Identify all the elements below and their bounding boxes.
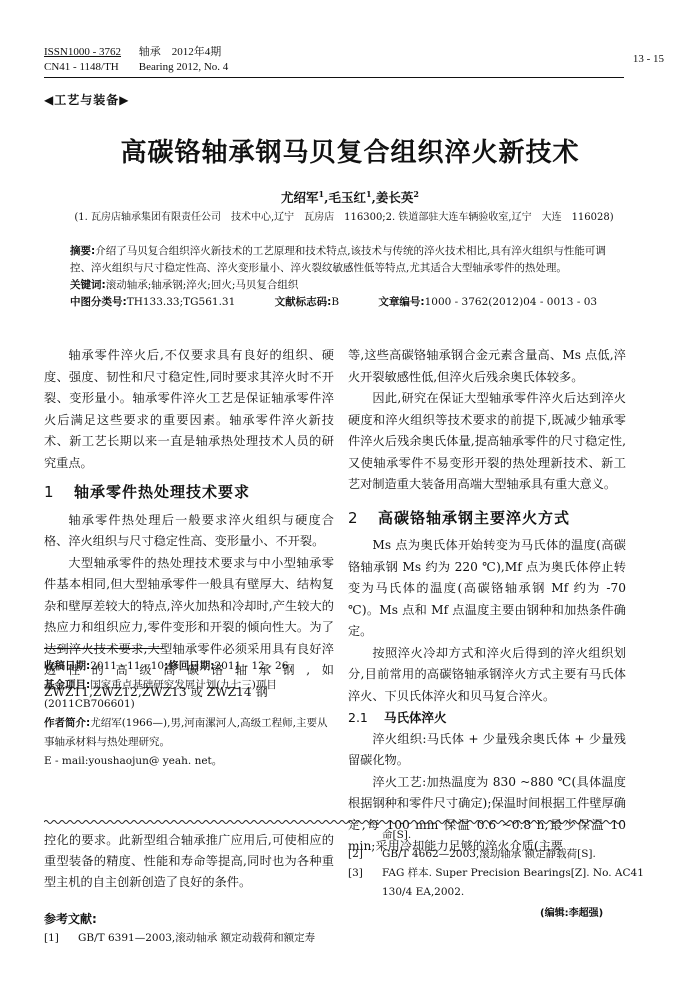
editor-credit: (编辑:李超强) — [540, 904, 603, 919]
affiliation-mark: 1 — [366, 189, 372, 199]
doc-code-label: 文献标志码: — [275, 296, 332, 308]
received-label: 收稿日期: — [44, 660, 90, 672]
paragraph: 等,这些高碳铬轴承钢合金元素含量高、Ms 点低,淬火开裂敏感性低,但淬火后残余奥… — [348, 345, 626, 388]
reference-item: [1]GB/T 6391—2003,滚动轴承 额定动载荷和额定寿 — [44, 929, 344, 948]
section-1-heading: 1轴承零件热处理技术要求 — [44, 482, 334, 504]
revised-label: ;修回日期: — [164, 660, 214, 672]
footnotes: 收稿日期:2011 - 11 - 10;修回日期:2011 - 12 - 26 … — [44, 657, 334, 771]
subsection-number: 2.1 — [348, 707, 384, 729]
doc-code-value: B — [331, 296, 339, 308]
fund: 基金项目:国家重点基础研究发展计划(九七三)项目(2011CB706601) — [44, 676, 334, 714]
reference-text: GB/T 6391—2003,滚动轴承 额定动载荷和额定寿 — [78, 932, 315, 944]
references-right: 命[S]. [2]GB/T 4662—2003,滚动轴承 额定静载荷[S]. [… — [348, 826, 628, 902]
reference-index: [3] — [348, 864, 382, 883]
dates: 收稿日期:2011 - 11 - 10;修回日期:2011 - 12 - 26 — [44, 657, 334, 676]
page-break-wavy-line — [44, 819, 626, 825]
clc-label: 中图分类号: — [70, 296, 127, 308]
classification-row: 中图分类号:TH133.33;TG561.31 文献标志码:B 文章编号:100… — [70, 294, 610, 311]
right-column: 等,这些高碳铬轴承钢合金元素含量高、Ms 点低,淬火开裂敏感性低,但淬火后残余奥… — [348, 345, 626, 858]
intro-paragraph: 轴承零件淬火后,不仅要求具有良好的组织、硬度、强度、韧性和尺寸稳定性,同时要求其… — [44, 345, 334, 474]
reference-index: [1] — [44, 929, 78, 948]
affiliations: (1. 瓦房店轴承集团有限责任公司 技术中心,辽宁 瓦房店 116300;2. … — [44, 208, 644, 223]
affiliation-mark: 2 — [413, 189, 419, 199]
affiliation-mark: 1 — [319, 189, 325, 199]
reference-item: [2]GB/T 4662—2003,滚动轴承 额定静载荷[S]. — [348, 845, 628, 864]
article-no-label: 文章编号: — [378, 296, 424, 308]
cn-number: CN41 - 1148/TH — [44, 60, 136, 75]
received-date: 2011 - 11 - 10 — [90, 660, 164, 672]
page-range: 13 - 15 — [633, 52, 664, 67]
reference-item: [3]FAG 样本. Super Precision Bearings[Z]. … — [348, 864, 628, 883]
article-title: 高碳铬轴承钢马贝复合组织淬火新技术 — [0, 132, 700, 169]
reference-continuation: 130/4 EA,2002. — [348, 883, 628, 902]
reference-continuation: 命[S]. — [348, 826, 628, 845]
journal-name-en: Bearing 2012, No. 4 — [139, 61, 229, 73]
abstract-text: 介绍了马贝复合组织淬火新技术的工艺原理和技术特点,该技术与传统的淬火技术相比,具… — [70, 245, 606, 274]
journal-name-cn: 轴承 — [139, 46, 161, 58]
author-name: 尤绍军 — [281, 190, 319, 205]
subsection-2-1-heading: 2.1马氏体淬火 — [348, 707, 626, 729]
keywords-label: 关键词: — [70, 279, 106, 291]
footnote-rule — [44, 648, 164, 649]
paragraph: 因此,研究在保证大型轴承零件淬火后达到淬火硬度和淬火组织等技术要求的前提下,既减… — [348, 388, 626, 496]
paragraph: 按照淬火冷却方式和淬火后得到的淬火组织划分,目前常用的高碳铬轴承钢淬火方式主要有… — [348, 643, 626, 708]
section-2-heading: 2高碳铬轴承钢主要淬火方式 — [348, 508, 626, 530]
issn: ISSN1000 - 3762 — [44, 45, 136, 60]
paragraph: 淬火组织:马氏体 + 少量残余奥氏体 + 少量残留碳化物。 — [348, 729, 626, 772]
references-heading: 参考文献: — [44, 910, 97, 927]
author-email: E - mail:youshaojun@ yeah. net。 — [44, 752, 334, 771]
abstract: 摘要:介绍了马贝复合组织淬火新技术的工艺原理和技术特点,该技术与传统的淬火技术相… — [70, 243, 610, 277]
abstract-block: 摘要:介绍了马贝复合组织淬火新技术的工艺原理和技术特点,该技术与传统的淬火技术相… — [70, 243, 610, 311]
subsection-title: 马氏体淬火 — [384, 710, 447, 725]
section-number: 1 — [44, 482, 74, 504]
abstract-label: 摘要: — [70, 245, 95, 257]
left-column: 轴承零件淬火后,不仅要求具有良好的组织、硬度、强度、韧性和尺寸稳定性,同时要求其… — [44, 345, 334, 703]
section-title: 轴承零件热处理技术要求 — [74, 483, 250, 501]
author-bio: 作者简介:尤绍军(1966—),男,河南漯河人,高级工程师,主要从事轴承材料与热… — [44, 714, 334, 752]
reference-index: [2] — [348, 845, 382, 864]
paragraph: 轴承零件热处理后一般要求淬火组织与硬度合格、淬火组织与尺寸稳定性高、变形量小、不… — [44, 510, 334, 553]
fund-label: 基金项目: — [44, 679, 90, 691]
paragraph: Ms 点为奥氏体开始转变为马氏体的温度(高碳铬轴承钢 Ms 约为 220 ℃),… — [348, 535, 626, 643]
author-name: 姜长英 — [376, 190, 414, 205]
section-number: 2 — [348, 508, 378, 530]
reference-text: FAG 样本. Super Precision Bearings[Z]. No.… — [382, 867, 644, 879]
article-no-value: 1000 - 3762(2012)04 - 0013 - 03 — [425, 296, 597, 308]
column-tag: ◀工艺与装备▶ — [44, 91, 129, 108]
journal-header: ISSN1000 - 3762 轴承 2012年4期 CN41 - 1148/T… — [44, 45, 624, 75]
section-title: 高碳铬轴承钢主要淬火方式 — [378, 509, 570, 527]
reference-text: GB/T 4662—2003,滚动轴承 额定静载荷[S]. — [382, 848, 596, 860]
issue-cn: 2012年4期 — [172, 46, 222, 58]
clc-value: TH133.33;TG561.31 — [127, 296, 236, 308]
header-rule — [44, 77, 624, 78]
continuation-paragraph: 控化的要求。此新型组合轴承推广应用后,可使相应的重型装备的精度、性能和寿命等提高… — [44, 830, 334, 893]
keywords: 关键词:滚动轴承;轴承钢;淬火;回火;马贝复合组织 — [70, 277, 610, 294]
revised-date: 2011 - 12 - 26 — [215, 660, 289, 672]
author-name: 毛玉红 — [328, 190, 366, 205]
author-list: 尤绍军1,毛玉红1,姜长英2 — [0, 188, 700, 206]
keywords-text: 滚动轴承;轴承钢;淬火;回火;马贝复合组织 — [106, 279, 299, 291]
bio-label: 作者简介: — [44, 717, 90, 729]
references-left: [1]GB/T 6391—2003,滚动轴承 额定动载荷和额定寿 — [44, 929, 344, 948]
